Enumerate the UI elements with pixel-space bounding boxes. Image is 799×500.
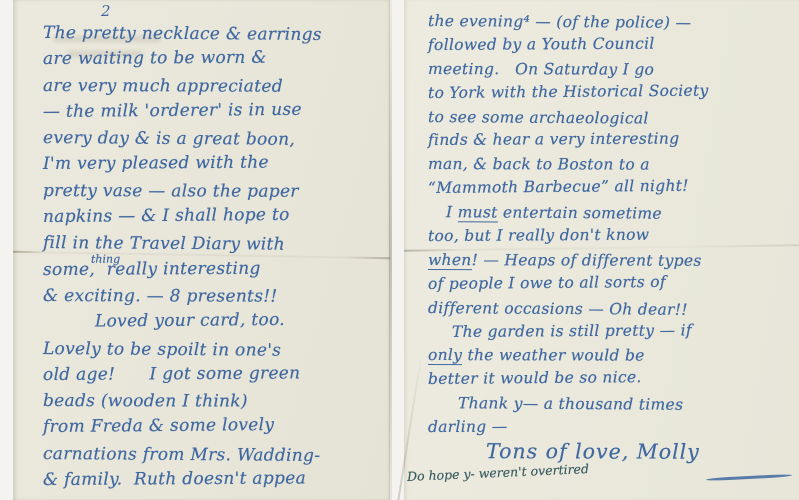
page-4-text: the evening⁴ — (of the police) —followed…: [428, 10, 796, 464]
underlined-word: only: [428, 346, 462, 365]
letter-page-4: the evening⁴ — (of the police) —followed…: [404, 0, 799, 500]
letter-line: better it would be so nice.: [428, 365, 796, 392]
letter-line: from Freda & some lovely: [43, 411, 387, 440]
letter-line: of people I owe to all sorts of: [428, 270, 796, 297]
letter-line: I'm very pleased with the: [43, 149, 387, 177]
letter-line: — the milk 'orderer' is in use: [43, 96, 387, 125]
underlined-word: when: [428, 251, 472, 270]
letter-line: napkins — & I shall hope to: [43, 201, 387, 230]
letter-line: finds & hear a very interesting: [428, 127, 796, 153]
postscript: Do hope y- weren't overtired: [407, 461, 590, 484]
letter-line: “Mammoth Barbecue” all night!: [428, 174, 796, 201]
page-edge-shadow: [389, 0, 392, 500]
letter-line: old age! I got some green: [43, 360, 387, 388]
letter-line: darling —: [428, 414, 796, 440]
letter-page-2: 2 The pretty necklace & earringsare wait…: [13, 0, 390, 500]
letter-line: & family. Ruth doesn't appea: [43, 465, 387, 493]
inserted-word: thing: [91, 253, 120, 264]
letter-line: The garden is still pretty — if: [428, 318, 796, 344]
signature-flourish: [706, 474, 792, 481]
letter-line: Loved your card, too.: [43, 306, 387, 335]
page-2-text: The pretty necklace & earringsare waitin…: [43, 20, 387, 493]
letter-line: some,thing really interesting: [43, 255, 387, 283]
underlined-word: must: [458, 203, 498, 222]
letter-line: too, but I really don't know: [428, 223, 796, 249]
letter-line: Tons of love, Molly: [428, 440, 796, 465]
letter-photo: 2 The pretty necklace & earringsare wait…: [0, 0, 799, 500]
letter-line: followed by a Youth Council: [428, 32, 796, 58]
letter-line: to York with the Historical Society: [428, 78, 796, 105]
letter-line: are waiting to be worn &: [43, 44, 387, 72]
page-number: 2: [101, 2, 111, 20]
